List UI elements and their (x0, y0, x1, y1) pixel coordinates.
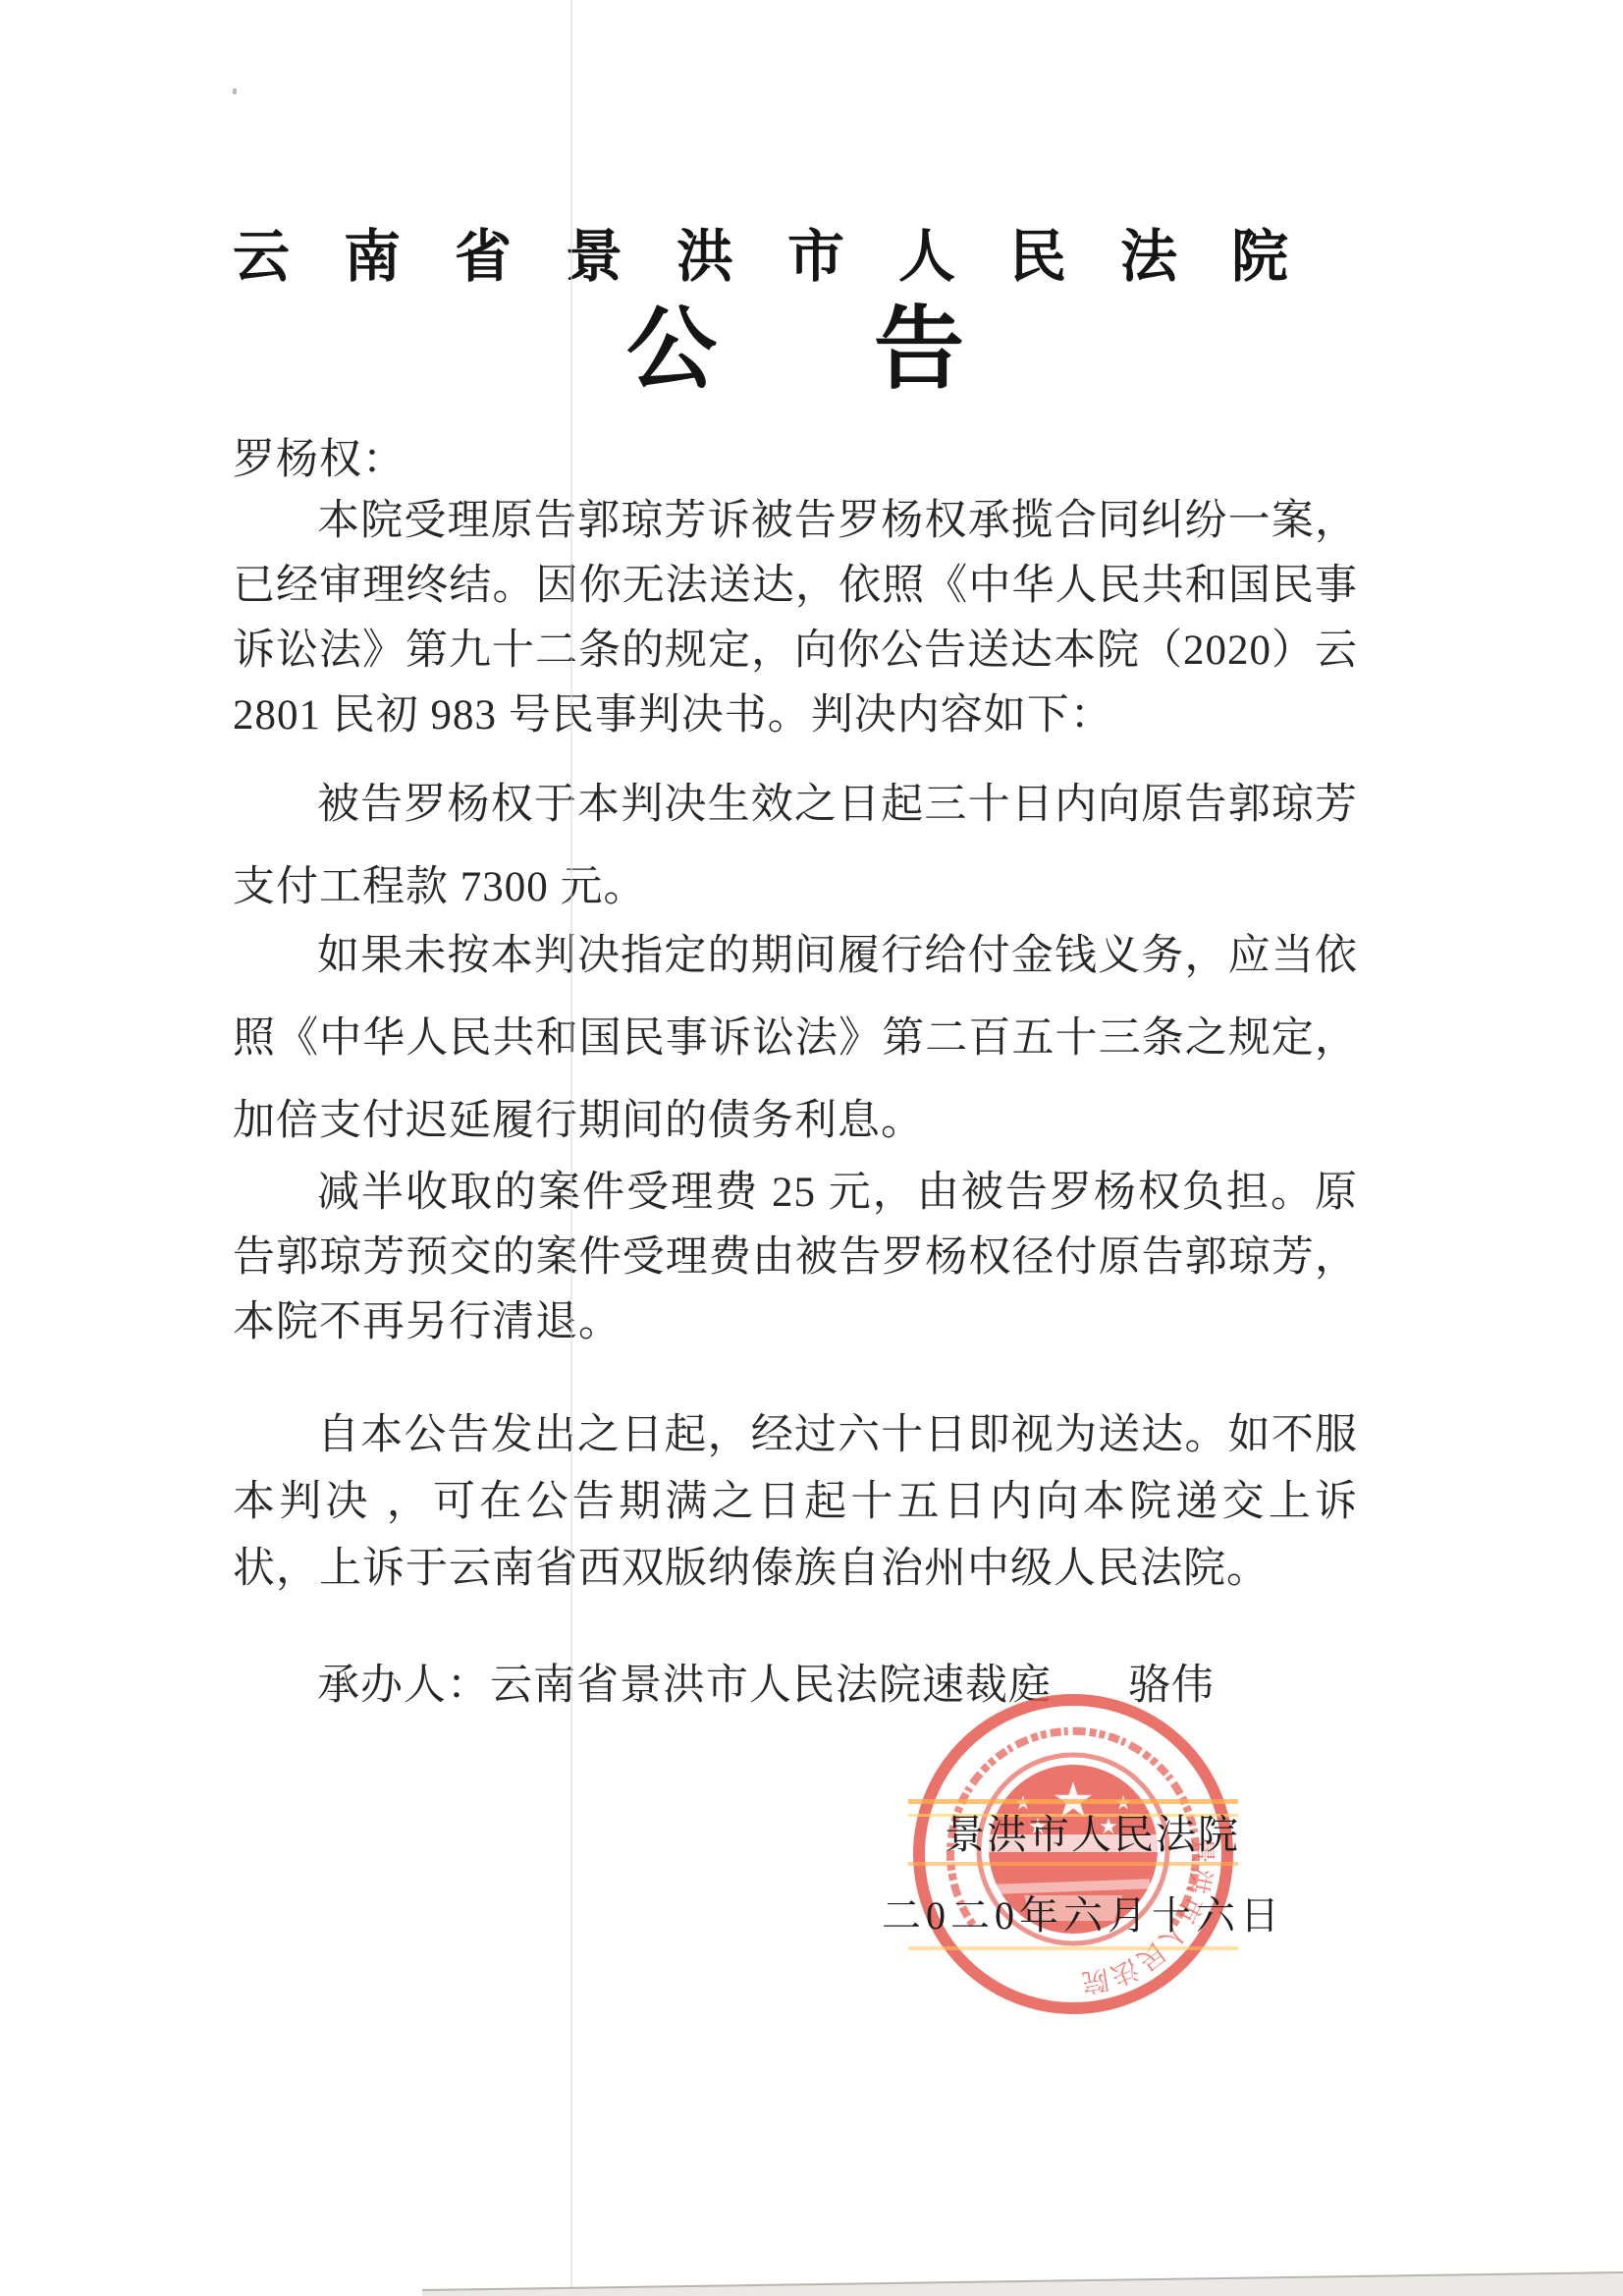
paragraph-appeal: 自本公告发出之日起，经过六十日即视为送达。如不服本判决 ，可在公告期满之日起十五… (233, 1402, 1358, 1603)
signature-date: 二0二0年六月十六日 (882, 1894, 1284, 1938)
scan-streak (908, 1862, 1238, 1866)
paragraph-interest: 如果未按本判决指定的期间履行给付金钱义务，应当依照《中华人民共和国民事诉讼法》第… (233, 915, 1358, 1163)
scan-streak (908, 1946, 1238, 1950)
paragraph-case-intro: 本院受理原告郭琼芳诉被告罗杨权承揽合同纠纷一案，已经审理终结。因你无法送达，依照… (233, 489, 1358, 748)
scan-fold-line (570, 0, 572, 2296)
organizer-label: 承办人： (317, 1663, 490, 1709)
scan-page-edge (0, 2265, 1623, 2296)
signature-court-name: 景洪市人民法院 (945, 1813, 1240, 1856)
doc-title: 公告 (626, 302, 1121, 397)
court-title: 云南省景洪市人民法院 (233, 228, 1342, 287)
scan-speck (233, 88, 237, 94)
paragraph-judgment: 被告罗杨权于本判决生效之日起三十日内向原告郭琼芳支付工程款 7300 元。 (233, 764, 1358, 929)
scan-streak (908, 1799, 1238, 1804)
document-page: 云南省景洪市人民法院 公告 罗杨权： 本院受理原告郭琼芳诉被告罗杨权承揽合同纠纷… (0, 0, 1623, 2296)
recipient-line: 罗杨权： (233, 434, 1358, 487)
paragraph-fees: 减半收取的案件受理费 25 元，由被告罗杨权负担。原告郭琼芳预交的案件受理费由被… (233, 1161, 1358, 1355)
